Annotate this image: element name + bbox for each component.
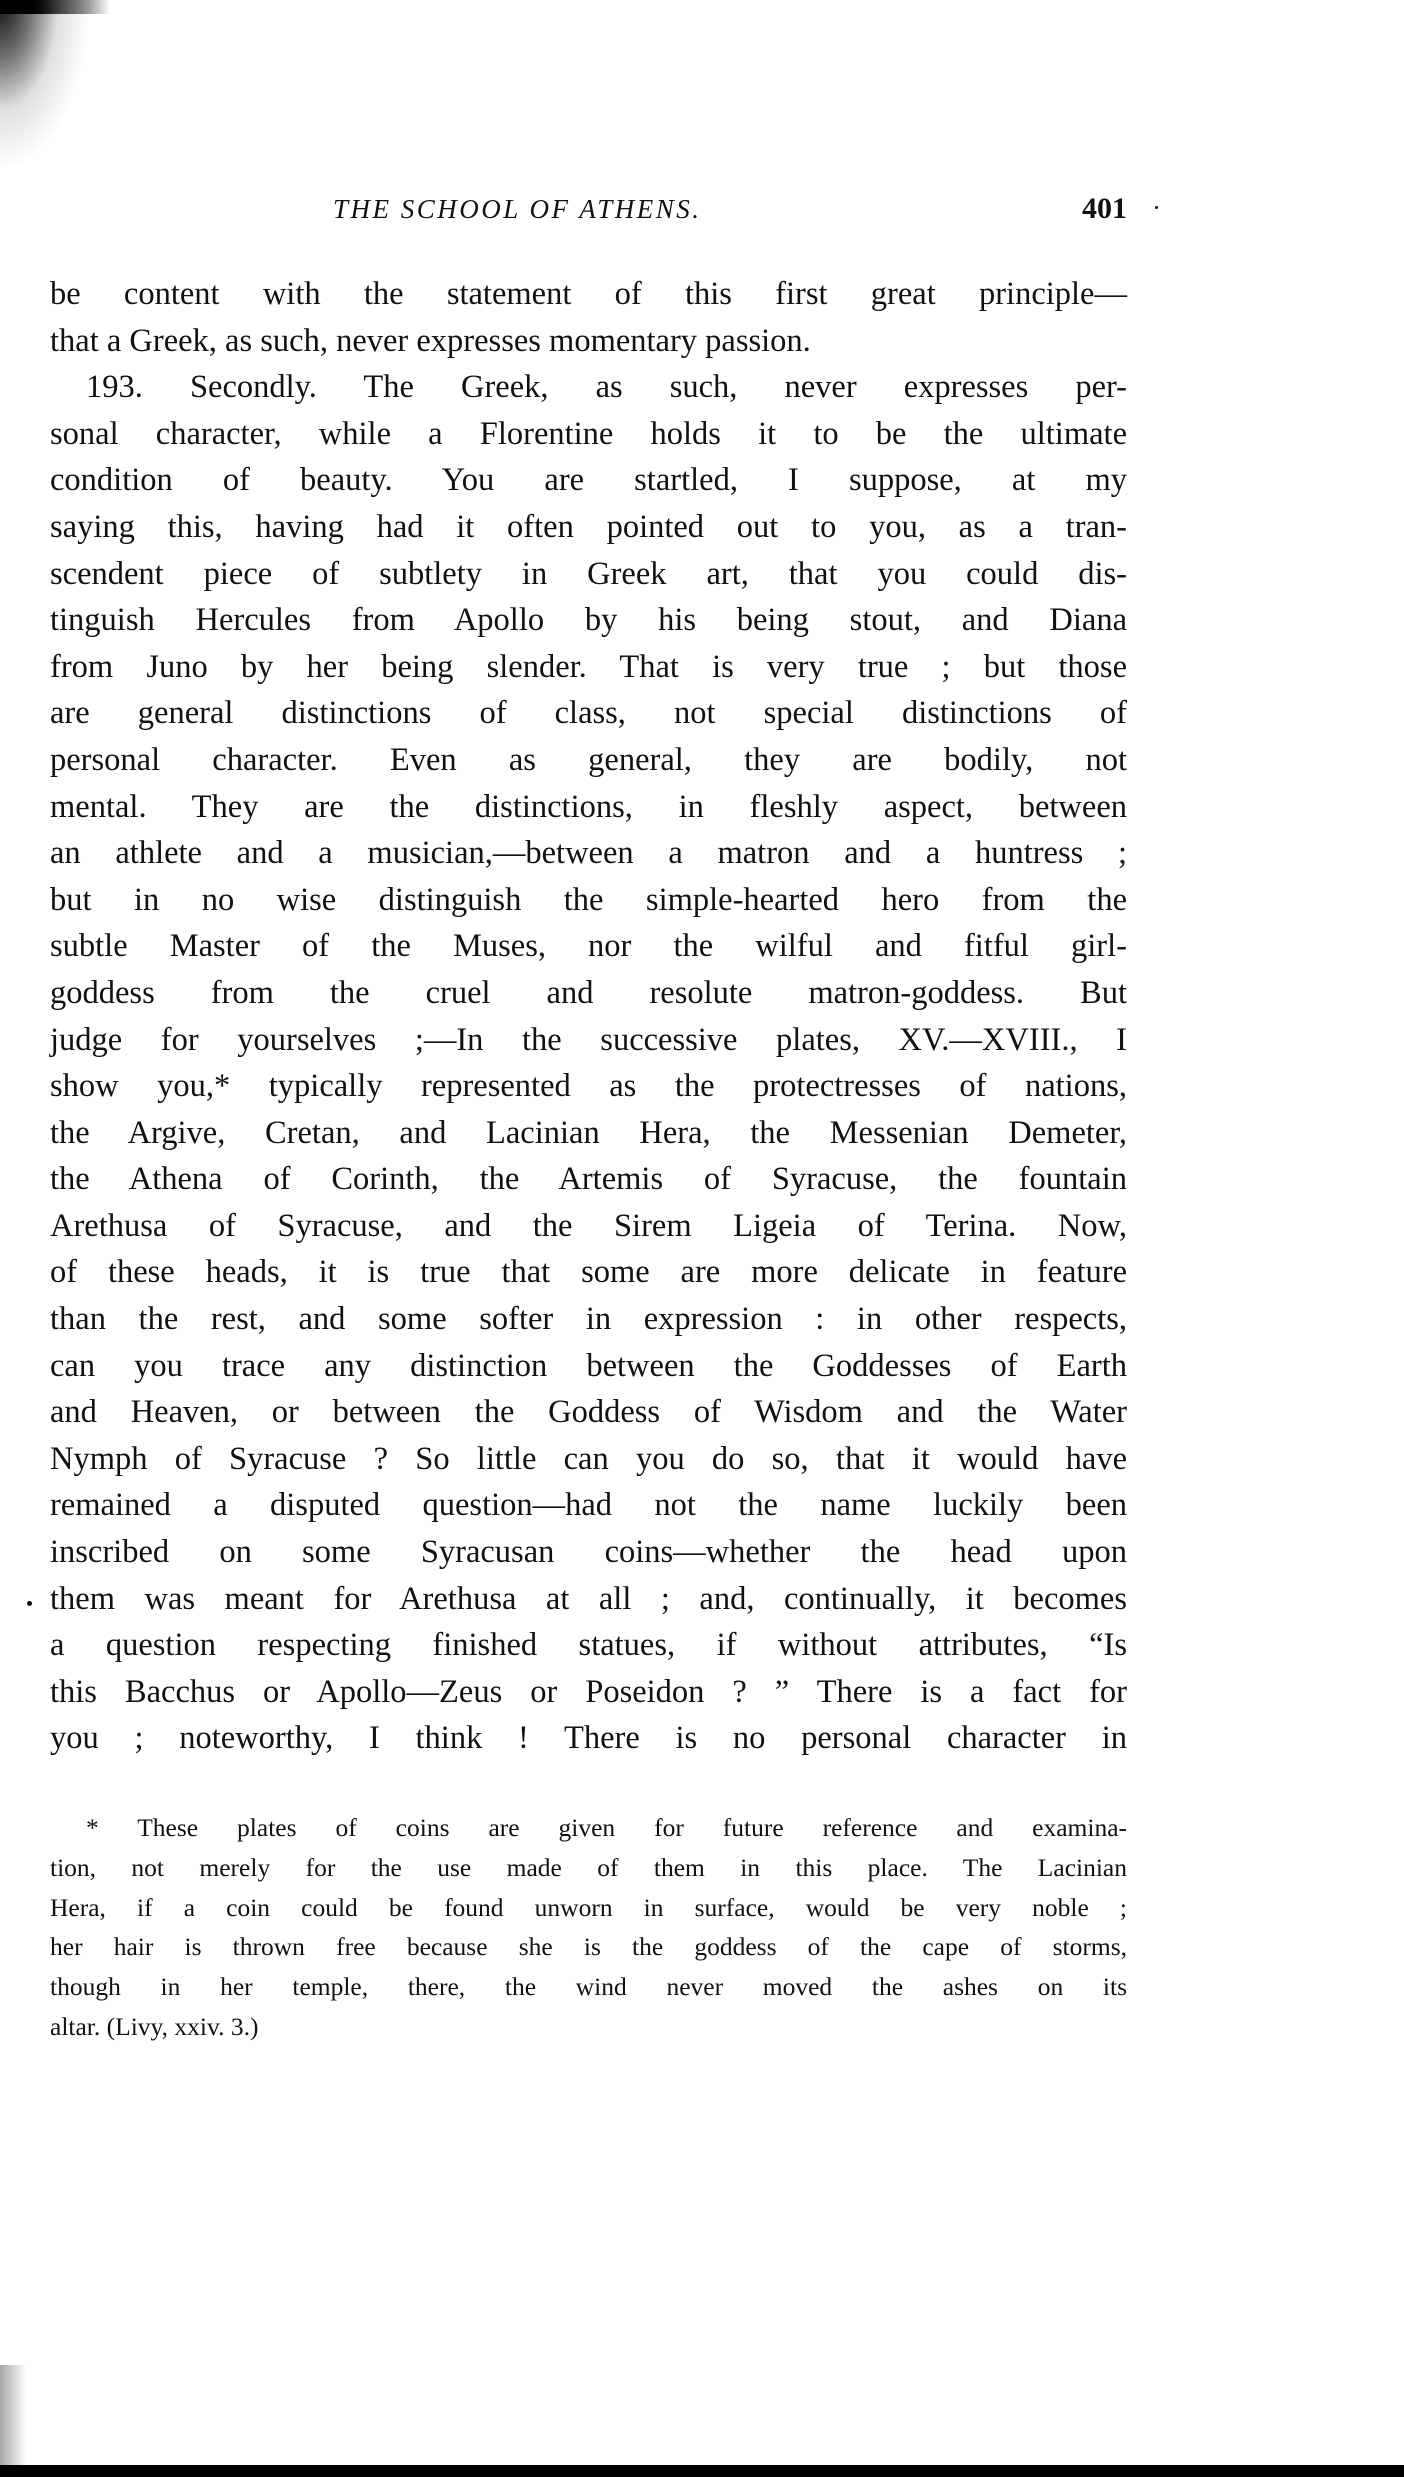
body-line: mental. They are the distinctions, in fl… — [50, 784, 1127, 831]
body-line: and Heaven, or between the Goddess of Wi… — [50, 1389, 1127, 1436]
footnote-citation-line: altar. (Livy, xxiv. 3.) — [50, 2007, 1127, 2047]
body-line: of these heads, it is true that some are… — [50, 1249, 1127, 1296]
body-line: Nymph of Syracuse ? So little can you do… — [50, 1436, 1127, 1483]
body-line: personal character. Even as general, the… — [50, 737, 1127, 784]
scan-speck — [1155, 206, 1158, 209]
body-line: from Juno by her being slender. That is … — [50, 644, 1127, 691]
body-line: condition of beauty. You are startled, I… — [50, 457, 1127, 504]
body-line: subtle Master of the Muses, nor the wilf… — [50, 923, 1127, 970]
footnote: * These plates of coins are given for fu… — [50, 1808, 1127, 2047]
footnote-line: though in her temple, there, the wind ne… — [50, 1967, 1127, 2007]
footnote-line: Hera, if a coin could be found unworn in… — [50, 1888, 1127, 1928]
body-line: inscribed on some Syracusan coins—whethe… — [50, 1529, 1127, 1576]
body-line: saying this, having had it often pointed… — [50, 504, 1127, 551]
body-line: you ; noteworthy, I think ! There is no … — [50, 1715, 1127, 1762]
body-line: can you trace any distinction between th… — [50, 1343, 1127, 1390]
body-line: an athlete and a musician,—between a mat… — [50, 830, 1127, 877]
body-line: but in no wise distinguish the simple-he… — [50, 877, 1127, 924]
body-line: be content with the statement of this fi… — [50, 271, 1127, 318]
body-line: goddess from the cruel and resolute matr… — [50, 970, 1127, 1017]
body-line: the Athena of Corinth, the Artemis of Sy… — [50, 1156, 1127, 1203]
body-line: a question respecting finished statues, … — [50, 1622, 1127, 1669]
body-line: judge for yourselves ;—In the successive… — [50, 1017, 1127, 1064]
body-line: them was meant for Arethusa at all ; and… — [50, 1576, 1127, 1623]
body-line-footnote-ref: show you,* typically represented as the … — [50, 1063, 1127, 1110]
body-line: that a Greek, as such, never expresses m… — [50, 318, 1127, 365]
body-line: scendent piece of subtlety in Greek art,… — [50, 551, 1127, 598]
body-line: sonal character, while a Florentine hold… — [50, 411, 1127, 458]
footnote-line: * These plates of coins are given for fu… — [50, 1808, 1127, 1848]
body-line: remained a disputed question—had not the… — [50, 1482, 1127, 1529]
scan-speck — [27, 1601, 32, 1606]
running-head: THE SCHOOL OF ATHENS. 401 — [50, 186, 1127, 232]
paragraph-start-193: 193. Secondly. The Greek, as such, never… — [50, 364, 1127, 411]
body-line: are general distinctions of class, not s… — [50, 690, 1127, 737]
body-line: Arethusa of Syracuse, and the Sirem Lige… — [50, 1203, 1127, 1250]
body-line: the Argive, Cretan, and Lacinian Hera, t… — [50, 1110, 1127, 1157]
scan-shadow-bottom-left — [0, 2365, 26, 2465]
body-line: than the rest, and some softer in expres… — [50, 1296, 1127, 1343]
running-head-title: THE SCHOOL OF ATHENS. — [333, 186, 702, 232]
scan-edge-bottom — [0, 2465, 1404, 2477]
footnote-line: her hair is thrown free because she is t… — [50, 1927, 1127, 1967]
body-line: tinguish Hercules from Apollo by his bei… — [50, 597, 1127, 644]
footnote-line: tion, not merely for the use made of the… — [50, 1848, 1127, 1888]
scan-shadow-top-left — [0, 0, 110, 180]
body-text: be content with the statement of this fi… — [50, 271, 1127, 1762]
body-line: this Bacchus or Apollo—Zeus or Poseidon … — [50, 1669, 1127, 1716]
page-number: 401 — [1082, 186, 1127, 232]
